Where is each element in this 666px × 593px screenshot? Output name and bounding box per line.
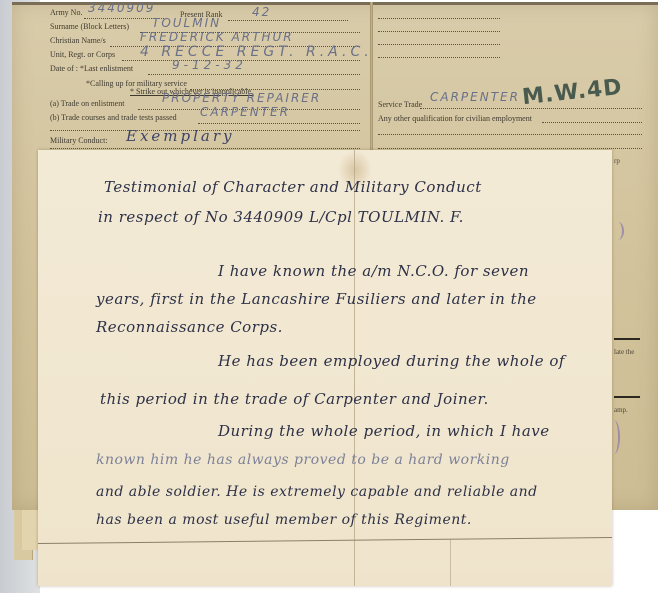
letter-body-line-2: years, first in the Lancashire Fusiliers…: [96, 290, 537, 308]
side-fragment-late: late the: [614, 348, 634, 356]
army-no-value: 3440909: [88, 1, 155, 15]
letter-fold-horizontal: [38, 537, 612, 544]
letter-body-line-9: has been a most useful member of this Re…: [96, 512, 472, 528]
christian-names-label: Christian Name/s: [50, 36, 106, 45]
surname-label: Surname (Block Letters): [50, 22, 129, 31]
trade-on-enlistment-value: PROPERTY REPAIRER: [162, 91, 321, 105]
letter-fold-lower: [450, 540, 451, 586]
letter-body-line-1: I have known the a/m N.C.O. for seven: [218, 262, 529, 280]
letter-body-line-4: He has been employed during the whole of: [218, 352, 565, 370]
mw4d-stamp: M.W.4D: [521, 75, 624, 110]
other-qualification-label: Any other qualification for civilian emp…: [378, 114, 532, 123]
letter-body-line-8: and able soldier. He is extremely capabl…: [96, 484, 538, 500]
military-conduct-label: Military Conduct:: [50, 136, 108, 145]
service-trade-value: CARPENTER: [430, 90, 520, 104]
last-enlistment-value: 9-12-32: [172, 58, 247, 72]
surname-value: TOULMIN: [152, 16, 221, 30]
letter-body-line-5: this period in the trade of Carpenter an…: [100, 390, 489, 408]
army-no-label: Army No.: [50, 8, 82, 17]
letter-title-line-2: in respect of No 3440909 L/Cpl TOULMIN. …: [98, 208, 464, 226]
present-rank-value: 42: [252, 5, 271, 19]
letter-body-line-6: During the whole period, in which I have: [218, 422, 550, 440]
unit-label: Unit, Regt. or Corps: [50, 50, 115, 59]
side-fragment-amp: amp.: [614, 406, 628, 414]
letter-title-line-1: Testimonial of Character and Military Co…: [104, 178, 482, 196]
trade-on-enlistment-label: (a) Trade on enlistment: [50, 99, 124, 108]
military-conduct-value: Exemplary: [126, 127, 235, 145]
purple-ink-mark: [612, 222, 624, 240]
letter-body-line-3: Reconnaissance Corps.: [96, 318, 283, 336]
testimonial-letter: Testimonial of Character and Military Co…: [38, 150, 612, 586]
letter-body-line-7: known him he has always proved to be a h…: [96, 452, 510, 468]
last-enlistment-label: Date of : *Last enlistment: [50, 64, 133, 73]
service-trade-label: Service Trade: [378, 100, 422, 109]
christian-names-value: FREDERICK ARTHUR: [140, 30, 294, 44]
trade-courses-value: CARPENTER: [200, 105, 290, 119]
trade-courses-label: (b) Trade courses and trade tests passed: [50, 113, 177, 122]
side-fragment-rp: rp: [614, 157, 620, 165]
